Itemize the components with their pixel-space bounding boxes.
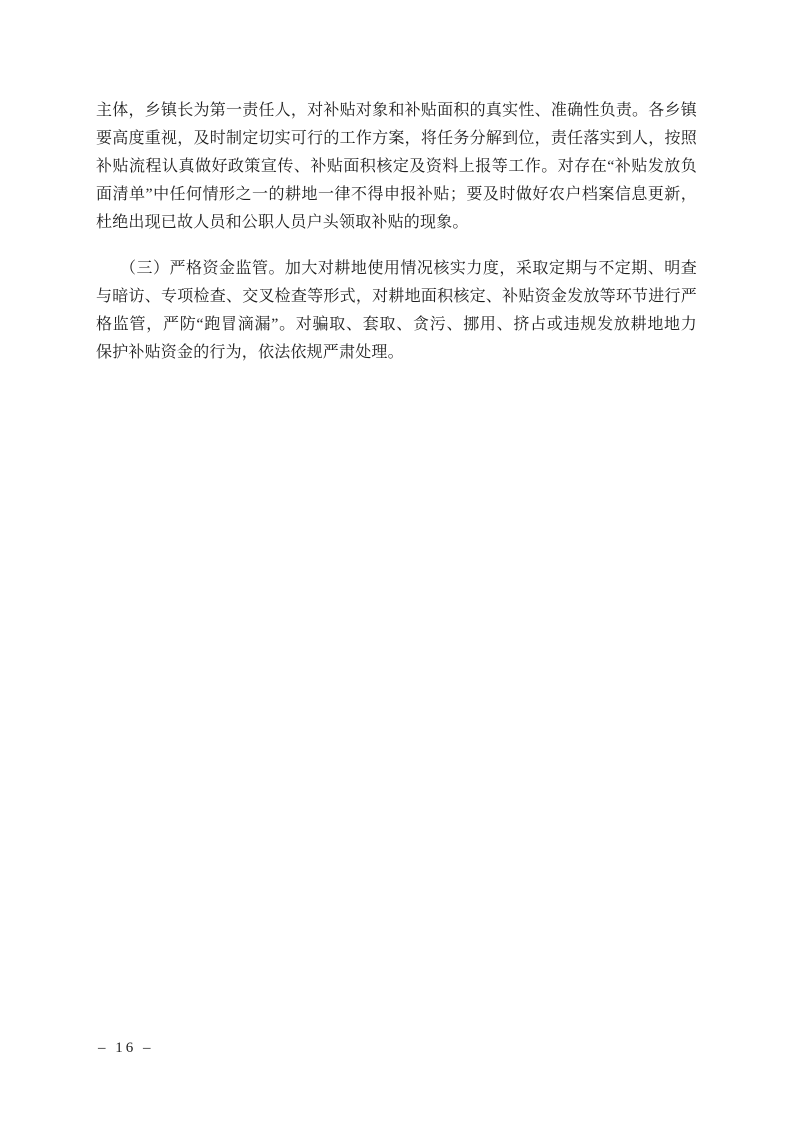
- text-line: 与暗访、专项检查、交叉检查等形式，对耕地面积核定、补贴资金发放等环节进行严: [96, 283, 697, 311]
- document-body: 主体，乡镇长为第一责任人，对补贴对象和补贴面积的真实性、准确性负责。各乡镇要高度…: [96, 97, 697, 385]
- text-paragraph: 主体，乡镇长为第一责任人，对补贴对象和补贴面积的真实性、准确性负责。各乡镇要高度…: [96, 97, 697, 237]
- text-line: 保护补贴资金的行为，依法依规严肃处理。: [96, 339, 697, 367]
- text-line: 补贴流程认真做好政策宣传、补贴面积核定及资料上报等工作。对存在“补贴发放负: [96, 153, 697, 181]
- document-page: 主体，乡镇长为第一责任人，对补贴对象和补贴面积的真实性、准确性负责。各乡镇要高度…: [0, 0, 793, 1122]
- text-line: 主体，乡镇长为第一责任人，对补贴对象和补贴面积的真实性、准确性负责。各乡镇: [96, 97, 697, 125]
- text-line: （三）严格资金监管。加大对耕地使用情况核实力度，采取定期与不定期、明查: [96, 255, 697, 283]
- text-line: 杜绝出现已故人员和公职人员户头领取补贴的现象。: [96, 209, 697, 237]
- page-number: – 16 –: [98, 1036, 154, 1060]
- text-line: 面清单”中任何情形之一的耕地一律不得申报补贴；要及时做好农户档案信息更新，: [96, 181, 697, 209]
- text-paragraph: （三）严格资金监管。加大对耕地使用情况核实力度，采取定期与不定期、明查与暗访、专…: [96, 255, 697, 367]
- text-line: 要高度重视，及时制定切实可行的工作方案，将任务分解到位，责任落实到人，按照: [96, 125, 697, 153]
- text-line: 格监管，严防“跑冒滴漏”。对骗取、套取、贪污、挪用、挤占或违规发放耕地地力: [96, 311, 697, 339]
